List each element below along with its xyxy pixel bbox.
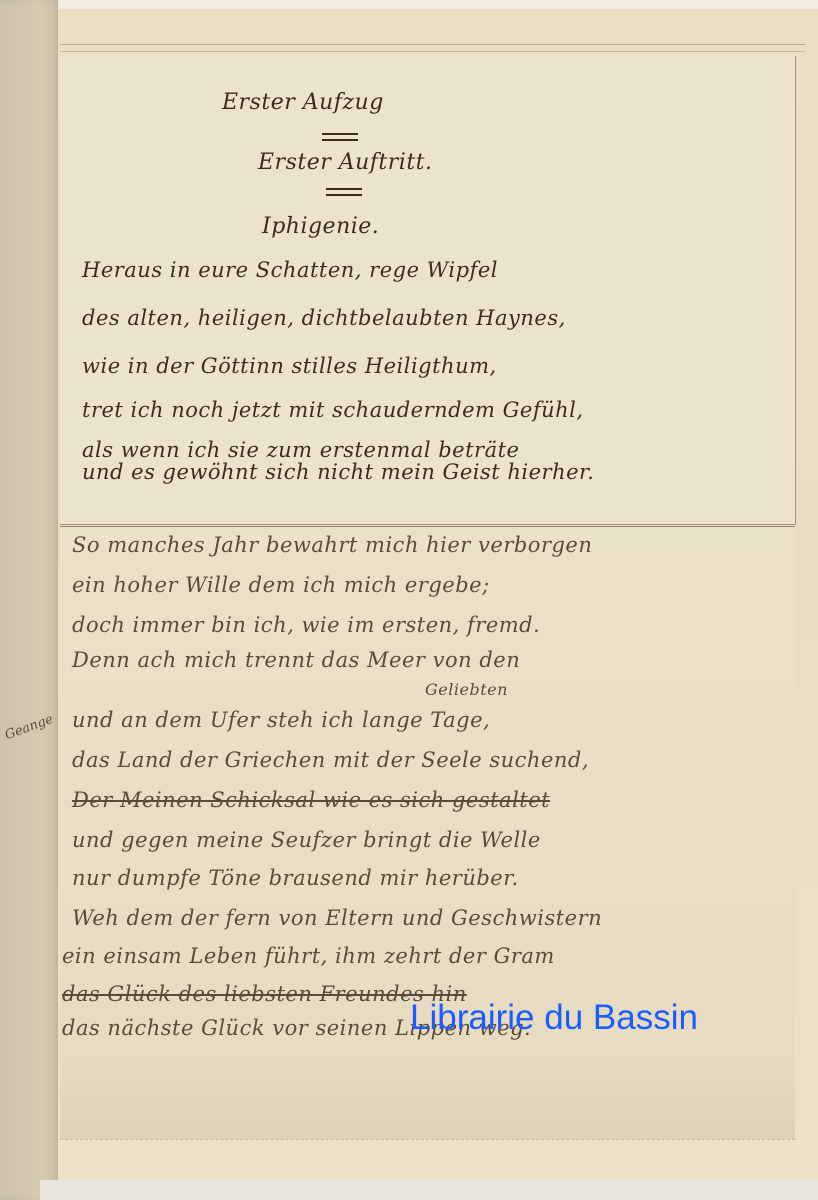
verse-line: ein einsam Leben führt, ihm zehrt der Gr… [62,944,555,968]
verse-line: und es gewöhnt sich nicht mein Geist hie… [82,460,594,484]
verse-line: Heraus in eure Schatten, rege Wipfel [82,258,498,282]
bottom-background-strip [40,1180,818,1200]
verse-line: als wenn ich sie zum erstenmal beträte [82,438,519,462]
verse-line: ein hoher Wille dem ich mich ergebe; [72,573,490,597]
struck-verse-line: Der Meinen Schicksal wie es sich gestalt… [72,788,550,812]
scene-heading: Erster Auftritt. [258,150,433,175]
verse-line: und gegen meine Seufzer bringt die Welle [72,828,541,852]
verse-line: tret ich noch jetzt mit schauderndem Gef… [82,398,584,422]
verse-line: doch immer bin ich, wie im ersten, fremd… [72,613,540,637]
verse-line: wie in der Göttinn stilles Heiligthum, [82,354,497,378]
verse-line: des alten, heiligen, dichtbelaubten Hayn… [82,306,566,330]
act-heading: Erster Aufzug [222,90,384,115]
interlinear-insertion: Geliebten [425,680,508,699]
double-underline-rule [322,133,358,141]
verse-line: So manches Jahr bewahrt mich hier verbor… [72,533,592,557]
verse-line: Weh dem der fern von Eltern und Geschwis… [72,906,602,930]
verse-line: das Land der Griechen mit der Seele such… [72,748,589,772]
verse-line: Denn ach mich trennt das Meer von den [72,648,520,672]
watermark-text: Librairie du Bassin [410,998,698,1038]
book-binding-gutter [0,0,58,1200]
verse-line: nur dumpfe Töne brausend mir herüber. [72,866,519,890]
paper-edge-line [60,44,805,52]
struck-verse-line: das Glück des liebsten Freundes hin [62,982,467,1006]
verse-line: und an dem Ufer steh ich lange Tage, [72,708,490,732]
top-background-strip [58,0,818,9]
double-underline-rule [326,188,362,196]
speaker-name: Iphigenie. [262,214,379,239]
